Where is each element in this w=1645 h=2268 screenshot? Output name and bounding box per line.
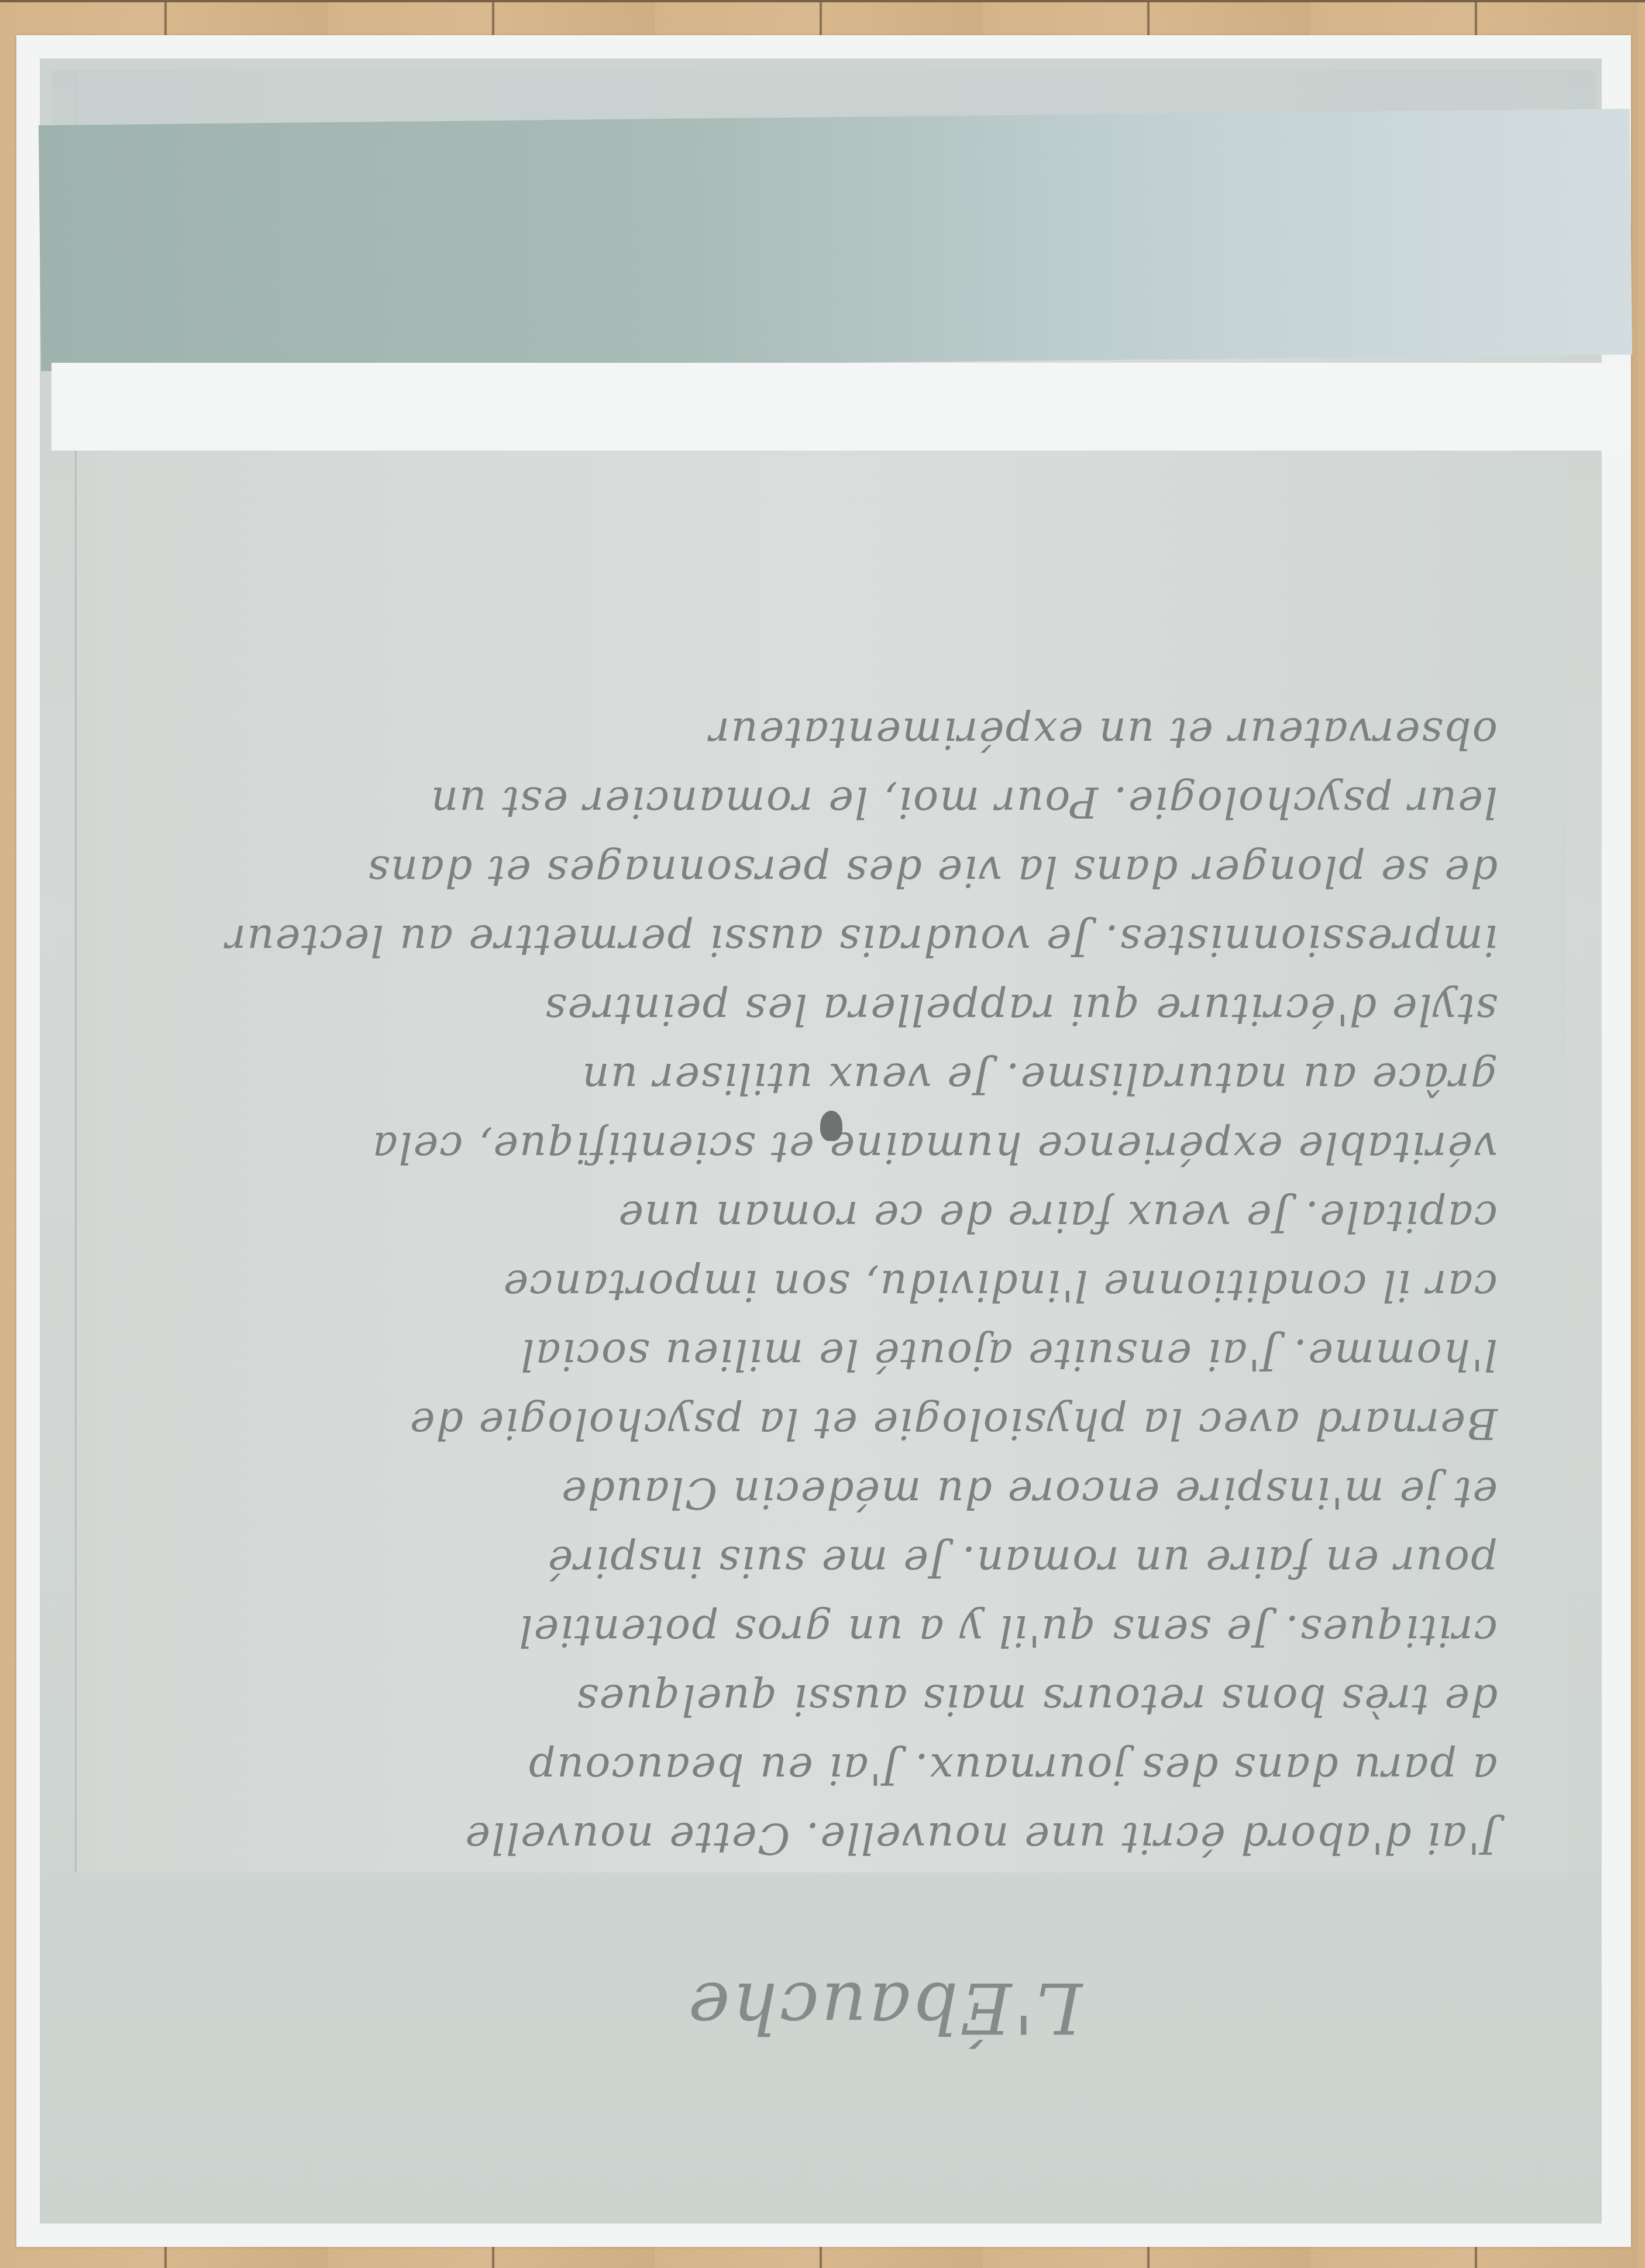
text-line: Bernard avec la physiologie et la psycho… bbox=[140, 1389, 1498, 1458]
text-line: capitale. Je veux faire de ce roman une bbox=[140, 1182, 1498, 1251]
text-line: leur psychologie. Pour moi, le romancier… bbox=[140, 768, 1498, 837]
handwritten-text-area: L'Ébauche J'ai d'abord écrit une nouvell… bbox=[88, 433, 1562, 2118]
text-line: impressionnistes. Je voudrais aussi perm… bbox=[140, 906, 1498, 975]
text-line: critiques. Je sens qu'il y a un gros pot… bbox=[140, 1596, 1498, 1665]
text-line: de très bons retours mais aussi quelques bbox=[140, 1665, 1498, 1734]
document-body: J'ai d'abord écrit une nouvelle. Cette n… bbox=[140, 699, 1498, 1872]
text-line: de se plonger dans la vie des personnage… bbox=[140, 837, 1498, 906]
text-line: pour en faire un roman. Je me suis inspi… bbox=[140, 1527, 1498, 1596]
text-line: J'ai d'abord écrit une nouvelle. Cette n… bbox=[140, 1803, 1498, 1872]
text-line: grâce au naturalisme. Je veux utiliser u… bbox=[140, 1044, 1498, 1113]
text-line: a paru dans des journaux. J'ai eu beauco… bbox=[140, 1734, 1498, 1803]
text-line: observateur et un expérimentateur bbox=[140, 699, 1498, 768]
document-title: L'Ébauche bbox=[686, 1967, 1082, 2048]
floor-seam bbox=[0, 0, 1645, 2]
text-line: l'homme. J'ai ensuite ajouté le milieu s… bbox=[140, 1320, 1498, 1389]
text-line: car il conditionne l'individu, son impor… bbox=[140, 1251, 1498, 1320]
text-line: style d'écriture qui rappellera les pein… bbox=[140, 975, 1498, 1044]
text-line: et je m'inspire encore du médecin Claude bbox=[140, 1458, 1498, 1527]
text-line: véritable expérience humaine et scientif… bbox=[140, 1113, 1498, 1182]
ink-blot bbox=[820, 1111, 842, 1141]
masking-tape-strip bbox=[39, 109, 1632, 371]
